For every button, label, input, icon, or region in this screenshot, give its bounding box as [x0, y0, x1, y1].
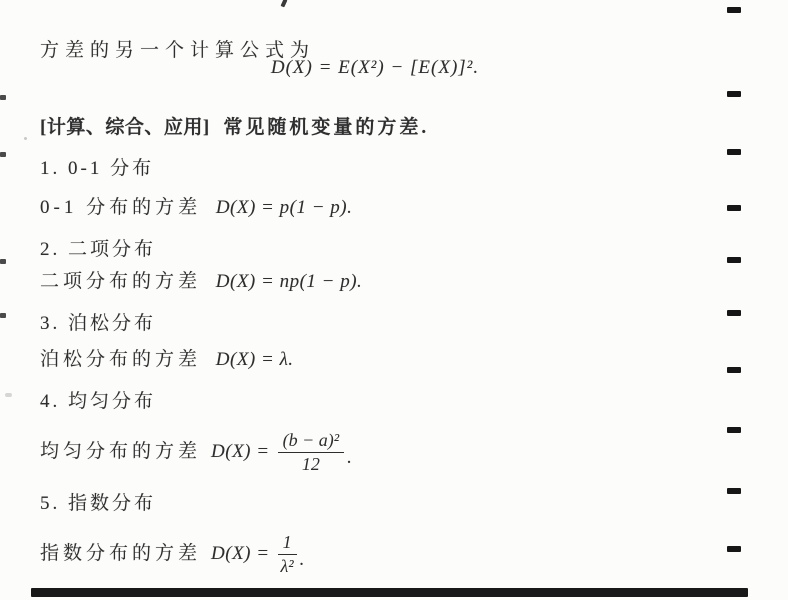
fraction-denominator: 12: [302, 453, 320, 474]
item-heading: 5. 指数分布: [40, 493, 156, 515]
item-lead: 泊松分布的方差: [40, 349, 201, 370]
scan-edge-mark: [0, 152, 6, 157]
main-formula-text: D(X) = E(X²) − [E(X)]².: [271, 57, 479, 78]
section-header: [计算、综合、应用] 常见随机变量的方差.: [40, 117, 429, 139]
fraction: (b − a)² 12: [278, 431, 345, 474]
item-formula-lead: D(X) =: [211, 441, 270, 463]
item-body: 指数分布的方差 D(X) = 1 λ² .: [40, 532, 305, 576]
item-lead: 二项分布的方差: [40, 271, 201, 292]
item-body: 均匀分布的方差 D(X) = (b − a)² 12 .: [40, 430, 352, 474]
main-formula: D(X) = E(X²) − [E(X)]².: [40, 57, 710, 79]
item-body: 泊松分布的方差 D(X) = λ.: [40, 349, 294, 371]
item-body: 二项分布的方差 D(X) = np(1 − p).: [40, 271, 362, 293]
scan-edge-mark: [727, 257, 741, 263]
scan-edge-mark: [727, 7, 741, 13]
item-lead: 指数分布的方差: [40, 543, 201, 565]
cropped-character-artifact: [281, 0, 288, 7]
item-heading: 4. 均匀分布: [40, 391, 156, 413]
item-heading: 1. 0-1 分布: [40, 158, 154, 180]
scan-speck: [5, 393, 12, 397]
item-formula: D(X) = p(1 − p).: [216, 197, 353, 218]
scan-edge-mark: [727, 546, 741, 552]
formula-period: .: [347, 447, 352, 469]
item-lead: 均匀分布的方差: [40, 441, 201, 463]
scan-edge-mark: [727, 205, 741, 211]
scan-edge-mark: [0, 313, 6, 318]
fraction-numerator: 1: [278, 533, 297, 555]
item-lead: 0-1 分布的方差: [40, 197, 201, 218]
scan-edge-mark: [727, 149, 741, 155]
item-formula: D(X) = λ.: [216, 349, 294, 370]
scanned-textbook-page: 方差的另一个计算公式为 D(X) = E(X²) − [E(X)]². [计算、…: [0, 0, 788, 600]
fraction: 1 λ²: [278, 533, 297, 576]
fraction-numerator: (b − a)²: [278, 431, 345, 453]
formula-period: .: [300, 549, 305, 571]
scan-edge-mark: [727, 310, 741, 316]
item-formula-lead: D(X) =: [211, 543, 270, 565]
scan-edge-mark: [727, 91, 741, 97]
item-body: 0-1 分布的方差 D(X) = p(1 − p).: [40, 197, 352, 219]
scan-edge-mark: [0, 95, 6, 100]
section-tag: [计算、综合、应用]: [40, 117, 210, 138]
scan-edge-mark: [0, 259, 6, 264]
scan-edge-mark: [727, 427, 741, 433]
item-formula: D(X) = np(1 − p).: [216, 271, 363, 292]
fraction-denominator: λ²: [280, 555, 293, 576]
item-heading: 3. 泊松分布: [40, 313, 156, 335]
section-title: 常见随机变量的方差.: [223, 117, 429, 138]
scan-edge-mark: [727, 488, 741, 494]
scan-black-bar: [31, 588, 748, 597]
scan-speck: [24, 137, 27, 140]
scan-edge-mark: [727, 367, 741, 373]
item-heading: 2. 二项分布: [40, 239, 156, 261]
